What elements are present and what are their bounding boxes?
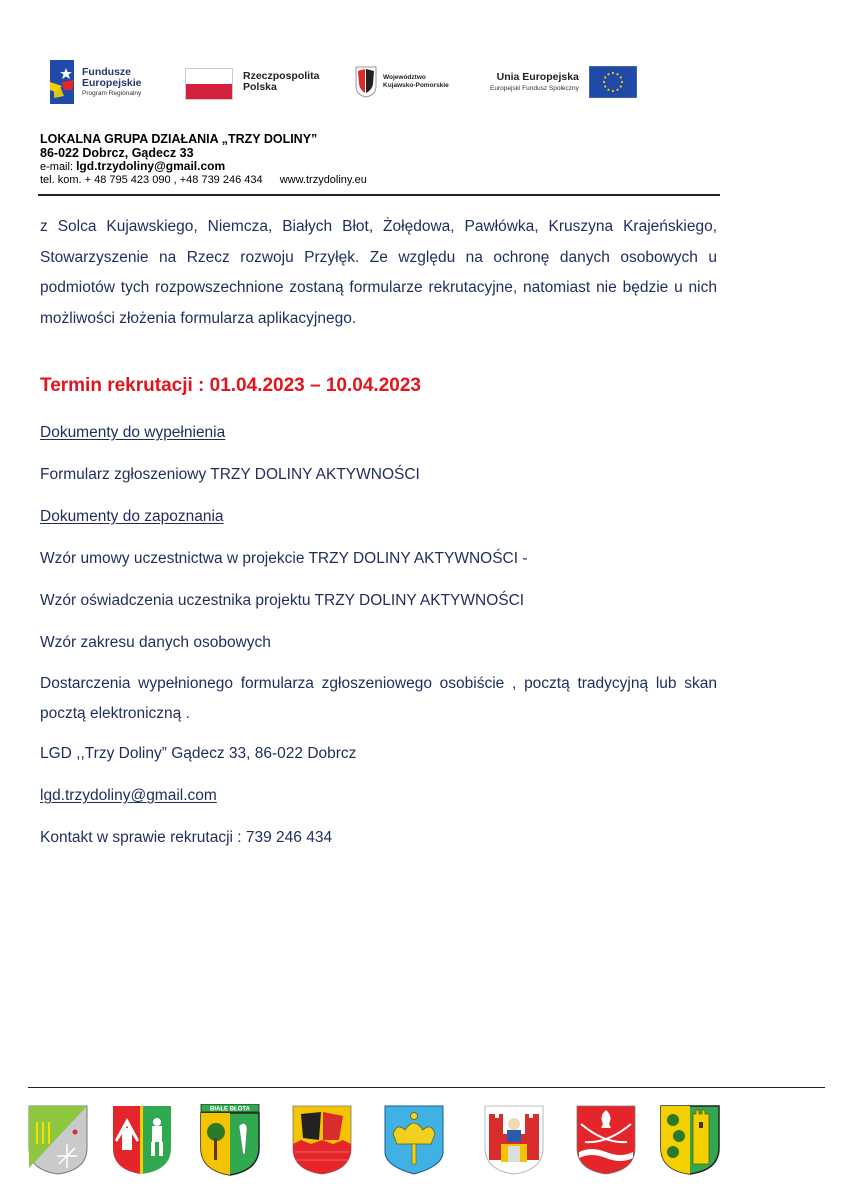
documents-to-fill-heading[interactable]: Dokumenty do wypełnienia [40, 422, 717, 444]
email-label: e-mail: [40, 161, 73, 173]
intro-paragraph: z Solca Kujawskiego, Niemcza, Białych Bł… [40, 212, 717, 334]
contact-email-link[interactable]: lgd.trzydoliny@gmail.com [40, 785, 717, 807]
eu-flag-icon [589, 66, 637, 98]
document-item[interactable]: Wzór zakresu danych osobowych [40, 632, 717, 654]
organization-name: LOKALNA GRUPA DZIAŁANIA „TRZY DOLINY” [40, 132, 367, 146]
crest-crown-icon [383, 1104, 445, 1176]
logo-subtext: Europejski Fundusz Społeczny [490, 85, 579, 92]
logo-text: Unia Europejska [490, 72, 579, 84]
documents-to-read-heading[interactable]: Dokumenty do zapoznania [40, 506, 717, 528]
crest-castle-bishop-icon [483, 1104, 545, 1176]
delivery-instructions: Dostarczenia wypełnionego formularza zgł… [40, 669, 717, 729]
organization-header: LOKALNA GRUPA DZIAŁANIA „TRZY DOLINY” 86… [40, 132, 367, 187]
logo-text: Polska [243, 82, 319, 93]
logo-text: Województwo [383, 74, 449, 82]
crest-sabres-lily-icon [575, 1104, 637, 1176]
recruitment-deadline: Termin rekrutacji : 01.04.2023 – 10.04.2… [40, 374, 717, 398]
postal-address: LGD ,,Trzy Doliny” Gądecz 33, 86-022 Dob… [40, 743, 717, 765]
municipality-crests: BIAŁE BŁOTA [27, 1104, 727, 1176]
logo-text: Fundusze [82, 67, 142, 78]
svg-text:BIAŁE BŁOTA: BIAŁE BŁOTA [210, 1107, 251, 1113]
logo-subtext: Program Regionalny [82, 91, 142, 98]
fundusze-europejskie-logo: Fundusze Europejskie Program Regionalny [50, 58, 142, 106]
header-logos: Fundusze Europejskie Program Regionalny … [50, 58, 660, 106]
header-divider [38, 194, 720, 196]
crest-griffin-wall-icon [291, 1104, 353, 1176]
crest-wheat-arrows-icon [27, 1104, 89, 1176]
document-item[interactable]: Wzór umowy uczestnictwa w projekcie TRZY… [40, 548, 717, 570]
organization-email[interactable]: lgd.trzydoliny@gmail.com [76, 159, 225, 173]
organization-address: 86-022 Dobrcz, Gądecz 33 [40, 146, 367, 160]
contact-phone: Kontakt w sprawie rekrutacji : 739 246 4… [40, 827, 717, 849]
regional-crest-icon [355, 66, 377, 98]
document-item[interactable]: Formularz zgłoszeniowy TRZY DOLINY AKTYW… [40, 464, 717, 486]
logo-text: Kujawsko-Pomorskie [383, 82, 449, 90]
crest-biale-blota-icon: BIAŁE BŁOTA [199, 1104, 261, 1176]
document-item[interactable]: Wzór oświadczenia uczestnika projektu TR… [40, 590, 717, 612]
fundusze-europejskie-icon [50, 60, 74, 104]
crest-windmill-figure-icon [111, 1104, 173, 1176]
crest-oak-tower-icon [659, 1104, 721, 1176]
unia-europejska-logo: Unia Europejska Europejski Fundusz Społe… [490, 58, 637, 106]
document-body: z Solca Kujawskiego, Niemcza, Białych Bł… [40, 212, 717, 849]
logo-text: Europejskie [82, 78, 142, 89]
footer-divider [28, 1087, 825, 1088]
organization-phone: tel. kom. + 48 795 423 090 , +48 739 246… [40, 174, 263, 186]
polish-flag-icon [185, 68, 233, 100]
rzeczpospolita-polska-logo: Rzeczpospolita Polska [185, 58, 319, 106]
wojewodztwo-logo: Województwo Kujawsko-Pomorskie [355, 58, 449, 106]
organization-website[interactable]: www.trzydoliny.eu [280, 174, 367, 186]
